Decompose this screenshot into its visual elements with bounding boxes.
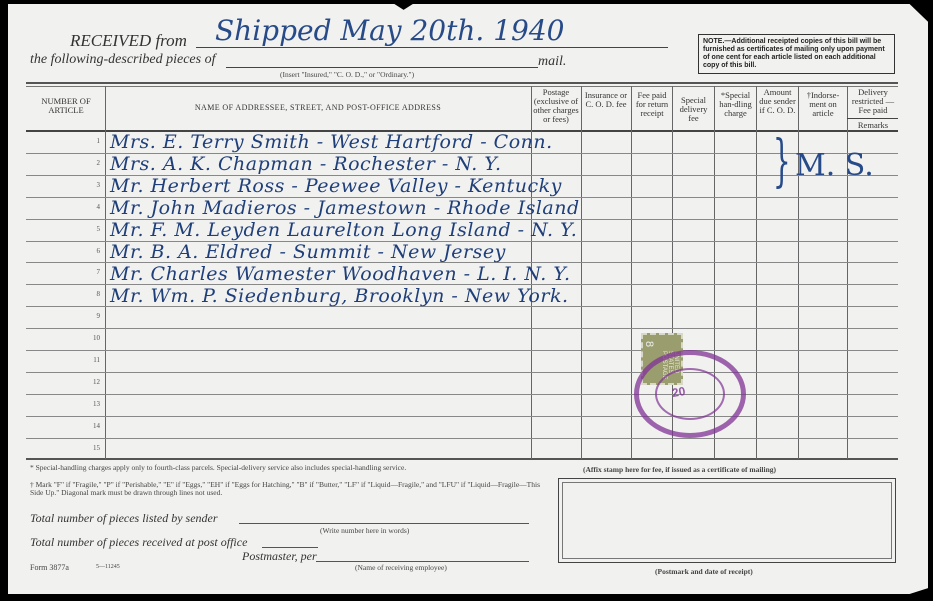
total-received-field[interactable] [262, 547, 318, 548]
table-top-border [26, 82, 898, 84]
row-number: 13 [80, 400, 100, 408]
col-header-amount-due: Amount due sender if C. O. D. [758, 88, 797, 115]
postmark-date: 20 [671, 384, 687, 400]
table-row-5-address[interactable]: Mr. F. M. Leyden Laurelton Long Island -… [110, 220, 577, 240]
row-number: 5 [80, 225, 100, 233]
col-divider [847, 86, 848, 459]
table-row-6-address[interactable]: Mr. B. A. Eldred - Summit - New Jersey [110, 242, 506, 262]
table-row-8-address[interactable]: Mr. Wm. P. Siedenburg, Brooklyn - New Yo… [110, 286, 569, 306]
postmark-cancel-inner [655, 368, 725, 420]
row-number: 4 [80, 203, 100, 211]
col-header-address: NAME OF ADDRESSEE, STREET, AND POST-OFFI… [106, 103, 530, 112]
col-header-return-fee: Fee paid for return receipt [633, 91, 671, 118]
bracket-mark: } [773, 132, 791, 192]
bracket-annotation: M. S. [795, 148, 874, 183]
postmark-box-inner [562, 482, 892, 559]
col-divider [581, 86, 582, 459]
col-header-indorsement: †Indorse-ment on article [800, 91, 846, 118]
postmaster-field[interactable] [316, 561, 529, 562]
table-row-7-address[interactable]: Mr. Charles Wamester Woodhaven - L. I. N… [110, 264, 571, 284]
row-number: 15 [80, 444, 100, 452]
stamp-denomination: 8 [643, 341, 655, 347]
total-sender-label: Total number of pieces listed by sender [30, 511, 218, 526]
footnote-indorsement: † Mark "F" if "Fragile," "P" if "Perisha… [30, 481, 540, 497]
postmaster-hint: (Name of receiving employee) [355, 563, 447, 572]
col-header-special-delivery: Special delivery fee [674, 96, 713, 123]
total-sender-hint: (Write number here in words) [320, 526, 409, 535]
table-row-1-address[interactable]: Mrs. E. Terry Smith - West Hartford - Co… [110, 132, 553, 152]
col-header-insurance: Insurance or C. O. D. fee [582, 91, 630, 109]
affix-stamp-label: (Affix stamp here for fee, if issued as … [583, 465, 776, 474]
form-number: Form 3877a [30, 563, 69, 572]
col-divider [798, 86, 799, 459]
row-number: 8 [80, 290, 100, 298]
row-number: 7 [80, 268, 100, 276]
col-header-special-handling: *Special han-dling charge [716, 91, 755, 118]
row-number: 3 [80, 181, 100, 189]
mail-label: mail. [538, 54, 566, 70]
row-number: 6 [80, 247, 100, 255]
note-box: NOTE.—Additional receipted copies of thi… [698, 34, 895, 74]
row-number: 12 [80, 378, 100, 386]
row-divider [26, 438, 898, 439]
table-bottom-border [26, 458, 898, 460]
row-number: 1 [80, 137, 100, 145]
postmaster-label: Postmaster, per [242, 549, 317, 564]
row-divider [26, 416, 898, 417]
col-header-remarks: Remarks [848, 121, 898, 130]
row-divider [26, 394, 898, 395]
row-divider [26, 372, 898, 373]
row-divider [26, 328, 898, 329]
col-divider [631, 86, 632, 459]
received-from-label: RECEIVED from [70, 31, 187, 51]
form-code: 5—11245 [96, 564, 120, 570]
col-header-number: NUMBER OF ARTICLE [28, 97, 104, 115]
received-from-value[interactable]: Shipped May 20th. 1940 [215, 14, 564, 47]
row-number: 10 [80, 334, 100, 342]
footnote-special-handling: * Special-handling charges apply only to… [30, 464, 544, 472]
pieces-of-label: the following-described pieces of [30, 52, 215, 68]
insert-hint: (Insert "Insured," "C. O. D.," or "Ordin… [280, 70, 414, 79]
total-sender-field[interactable] [239, 523, 529, 524]
row-number: 9 [80, 312, 100, 320]
total-received-label: Total number of pieces received at post … [30, 535, 247, 550]
row-number: 14 [80, 422, 100, 430]
received-from-underline [196, 47, 668, 48]
row-divider [26, 350, 898, 351]
table-row-3-address[interactable]: Mr. Herbert Ross - Peewee Valley - Kentu… [110, 176, 562, 196]
mail-type-field[interactable] [226, 67, 538, 68]
col-divider [105, 86, 106, 459]
table-row-2-address[interactable]: Mrs. A. K. Chapman - Rochester - N. Y. [110, 154, 502, 174]
row-number: 11 [80, 356, 100, 364]
row-number: 2 [80, 159, 100, 167]
col-header-delivery-restricted: Delivery restricted —Fee paid [848, 88, 898, 115]
table-row-4-address[interactable]: Mr. John Madieros - Jamestown - Rhode Is… [110, 198, 580, 218]
col-header-postage: Postage (exclusive of other charges or f… [532, 88, 580, 124]
remarks-divider [847, 118, 898, 119]
col-divider [756, 86, 757, 459]
postmark-date-label: (Postmark and date of receipt) [655, 567, 753, 576]
